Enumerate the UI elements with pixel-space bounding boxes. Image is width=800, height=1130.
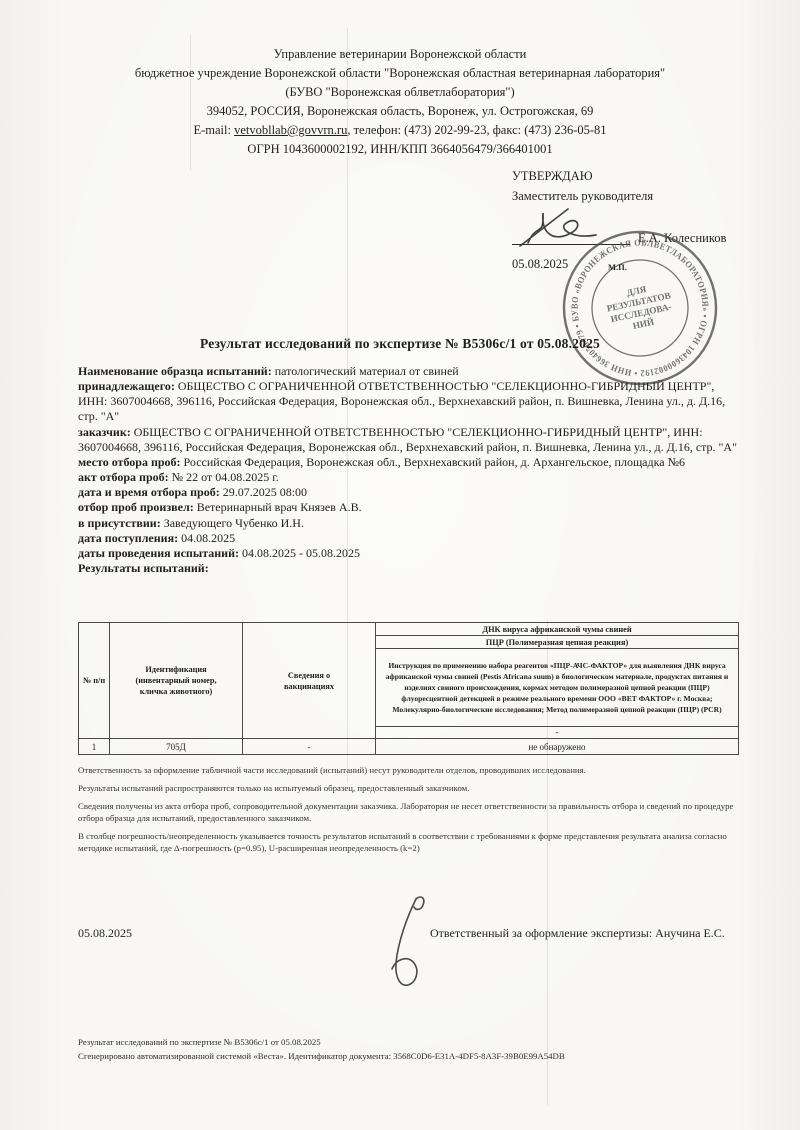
results-section-label: Результаты испытаний: xyxy=(78,561,740,576)
organization-header: Управление ветеринарии Воронежской облас… xyxy=(50,45,750,159)
note-responsibility: Ответственность за оформление табличной … xyxy=(78,764,746,776)
field-label: принадлежащего: xyxy=(78,379,175,393)
field-owner: принадлежащего:ОБЩЕСТВО С ОГРАНИЧЕННОЙ О… xyxy=(78,379,740,424)
document-title: Результат исследований по экспертизе № В… xyxy=(50,336,750,352)
column-header-identification: Идентификация (инвентарный номер, кличка… xyxy=(110,623,243,739)
field-sampling-place: место отбора проб:Российская Федерация, … xyxy=(78,455,740,470)
email-address: vetvobllab@govvrn.ru xyxy=(234,123,347,137)
note-sampling-info: Сведения получены из акта отбора проб, с… xyxy=(78,800,746,824)
org-line-address: 394052, РОССИЯ, Воронежская область, Вор… xyxy=(50,102,750,121)
results-table: № п/п Идентификация (инвентарный номер, … xyxy=(78,622,739,755)
field-label: заказчик: xyxy=(78,425,131,439)
executor-signature xyxy=(382,893,434,993)
approve-label: УТВЕРЖДАЮ xyxy=(512,166,762,186)
org-line-contacts: E-mail: vetvobllab@govvrn.ru, телефон: (… xyxy=(50,121,750,140)
field-label: даты проведения испытаний: xyxy=(78,546,239,560)
field-value: 04.08.2025 - 05.08.2025 xyxy=(242,546,360,560)
field-value: Ветеринарный врач Князев А.В. xyxy=(197,500,362,514)
footer-generated-by: Сгенерировано автоматизированной системо… xyxy=(78,1050,758,1064)
field-value: ОБЩЕСТВО С ОГРАНИЧЕННОЙ ОТВЕТСТВЕННОСТЬЮ… xyxy=(78,379,725,423)
email-label: E-mail: xyxy=(193,123,231,137)
org-line-ogrn-inn: ОГРН 1043600002192, ИНН/КПП 3664056479/3… xyxy=(50,140,750,159)
row-identification-cell: 705Д xyxy=(110,739,243,755)
column-header-number: № п/п xyxy=(79,623,110,739)
field-customer: заказчик:ОБЩЕСТВО С ОГРАНИЧЕННОЙ ОТВЕТСТ… xyxy=(78,425,740,455)
row-result-cell: не обнаружено xyxy=(376,739,739,755)
field-label: отбор проб произвел: xyxy=(78,500,194,514)
column-header-vaccinations: Сведения о вакцинациях xyxy=(243,623,376,739)
field-sampling-act: акт отбора проб:№ 22 от 04.08.2025 г. xyxy=(78,470,740,485)
note-uncertainty: В столбце погрешность/неопределенность у… xyxy=(78,830,746,854)
row-number-cell: 1 xyxy=(79,739,110,755)
field-label: дата и время отбора проб: xyxy=(78,485,220,499)
result-group-header-pcr: ПЦР (Полимеразная цепная реакция) xyxy=(376,636,739,649)
disclaimer-notes: Ответственность за оформление табличной … xyxy=(78,764,746,860)
executor-label: Ответственный за оформление экспертизы: … xyxy=(430,926,725,941)
sample-fields: Наименование образца испытаний:патологич… xyxy=(78,364,740,576)
field-value: ОБЩЕСТВО С ОГРАНИЧЕННОЙ ОТВЕТСТВЕННОСТЬЮ… xyxy=(78,425,737,454)
field-sample-name: Наименование образца испытаний:патологич… xyxy=(78,364,740,379)
signoff-date: 05.08.2025 xyxy=(78,926,132,941)
document-footer: Результат исследований по экспертизе № В… xyxy=(78,1036,758,1063)
uncertainty-subheader-cell: - xyxy=(376,727,739,739)
field-sampler: отбор проб произвел:Ветеринарный врач Кн… xyxy=(78,500,740,515)
footer-expertise-ref: Результат исследований по экспертизе № В… xyxy=(78,1036,758,1050)
field-receipt-date: дата поступления:04.08.2025 xyxy=(78,531,740,546)
field-value: Заведующего Чубенко И.Н. xyxy=(164,516,304,530)
row-vaccination-cell: - xyxy=(243,739,376,755)
org-line-administration: Управление ветеринарии Воронежской облас… xyxy=(50,45,750,64)
table-row: 1 705Д - не обнаружено xyxy=(79,739,739,755)
field-label: Наименование образца испытаний: xyxy=(78,364,272,378)
field-value: 04.08.2025 xyxy=(181,531,235,545)
org-line-institution: бюджетное учреждение Воронежской области… xyxy=(50,64,750,83)
field-value: патологический материал от свиней xyxy=(275,364,459,378)
field-label: акт отбора проб: xyxy=(78,470,169,484)
note-scope: Результаты испытаний распространяются то… xyxy=(78,782,746,794)
field-label: в присутствии: xyxy=(78,516,161,530)
field-value: № 22 от 04.08.2025 г. xyxy=(172,470,279,484)
result-group-header-dna: ДНК вируса африканской чумы свиней xyxy=(376,623,739,636)
phone-fax-text: , телефон: (473) 202-99-23, факс: (473) … xyxy=(347,123,606,137)
method-description-cell: Инструкция по применению набора реагенто… xyxy=(376,649,739,727)
field-sampling-datetime: дата и время отбора проб:29.07.2025 08:0… xyxy=(78,485,740,500)
field-testing-dates: даты проведения испытаний:04.08.2025 - 0… xyxy=(78,546,740,561)
scanned-document-page: Управление ветеринарии Воронежской облас… xyxy=(0,0,800,1130)
org-line-short-name: (БУВО "Воронежская облветлаборатория") xyxy=(50,83,750,102)
field-value: 29.07.2025 08:00 xyxy=(223,485,307,499)
field-label: дата поступления: xyxy=(78,531,178,545)
field-value: Российская Федерация, Воронежская обл., … xyxy=(184,455,686,469)
mp-place-of-seal-label: М.П. xyxy=(608,262,627,272)
field-label: место отбора проб: xyxy=(78,455,181,469)
field-witness: в присутствии:Заведующего Чубенко И.Н. xyxy=(78,516,740,531)
